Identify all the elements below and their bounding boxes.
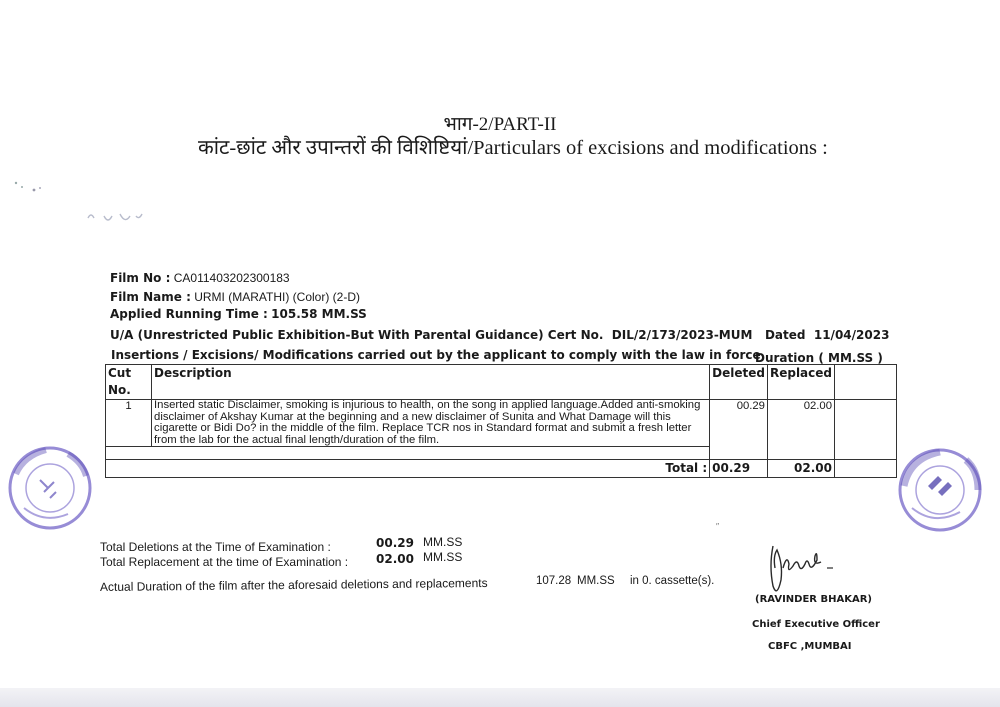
- scan-mark-icon: ′′: [716, 522, 719, 531]
- film-no-label: Film No :: [110, 271, 170, 285]
- total-replacement-value: 02.00: [376, 552, 414, 566]
- duration-heading: Duration ( MM.SS ): [755, 351, 883, 365]
- running-time-label: Applied Running Time :: [110, 307, 268, 321]
- blank-cell: [835, 400, 897, 460]
- scan-smudge-icon: [10, 178, 50, 196]
- modifications-heading: Insertions / Excisions/ Modifications ca…: [111, 348, 761, 362]
- certificate-label: U/A (Unrestricted Public Exhibition-But …: [110, 328, 603, 342]
- cassette-count: in 0. cassette(s).: [630, 575, 714, 587]
- film-name-label: Film Name :: [110, 290, 191, 304]
- total-replacement-label: Total Replacement at the time of Examina…: [100, 555, 348, 569]
- running-time-value: 105.58 MM.SS: [271, 307, 367, 321]
- dated-value: 11/04/2023: [814, 328, 890, 342]
- film-no-value: CA011403202300183: [174, 271, 290, 285]
- actual-duration-label: Actual Duration of the film after the af…: [100, 576, 488, 594]
- total-deletions-unit: MM.SS: [423, 535, 462, 549]
- actual-duration-value: 107.28: [536, 575, 571, 587]
- total-deletions-value: 00.29: [376, 536, 414, 550]
- column-header-replaced: Replaced: [767, 365, 834, 400]
- cut-number: 1: [106, 400, 152, 447]
- total-replacement-unit: MM.SS: [423, 550, 462, 564]
- cuts-table: Cut No. Description Deleted Replaced 1 I…: [105, 364, 897, 478]
- total-replaced: 02.00: [767, 460, 834, 478]
- column-header-cut-no: Cut No.: [106, 365, 152, 400]
- total-deleted: 00.29: [710, 460, 768, 478]
- table-row: 1 Inserted static Disclaimer, smoking is…: [106, 400, 897, 447]
- column-header-blank: [835, 365, 897, 400]
- total-label: Total :: [106, 460, 710, 478]
- film-name-value: URMI (MARATHI) (Color) (2-D): [194, 290, 360, 304]
- cut-deleted: 00.29: [710, 400, 768, 460]
- running-time-row: Applied Running Time : 105.58 MM.SS: [110, 307, 367, 321]
- total-row: Total : 00.29 02.00: [106, 460, 897, 478]
- column-header-deleted: Deleted: [710, 365, 768, 400]
- official-seal-icon: [6, 444, 94, 532]
- table-header-row: Cut No. Description Deleted Replaced: [106, 365, 897, 400]
- dated-label: Dated: [765, 328, 806, 342]
- cut-description: Inserted static Disclaimer, smoking is i…: [152, 400, 710, 447]
- cut-replaced: 02.00: [767, 400, 834, 460]
- total-deletions-label: Total Deletions at the Time of Examinati…: [100, 540, 331, 554]
- certificate-number: DIL/2/173/2023-MUM: [612, 328, 753, 342]
- scan-edge-shadow: [0, 688, 1000, 707]
- actual-duration-unit: MM.SS: [577, 575, 615, 587]
- signature-icon: [755, 538, 845, 598]
- blank-cell: [835, 460, 897, 478]
- signatory-title: Chief Executive Officer: [752, 619, 880, 630]
- official-seal-icon: [896, 446, 984, 534]
- signatory-name: (RAVINDER BHAKAR): [755, 594, 872, 605]
- certificate-row: U/A (Unrestricted Public Exhibition-But …: [110, 328, 889, 342]
- scan-smudge-icon: [80, 208, 160, 230]
- film-no-row: Film No : CA011403202300183: [110, 271, 290, 285]
- column-header-description: Description: [152, 365, 710, 400]
- section-title: कांट-छांट और उपान्तरों की विशिष्टियां/Pa…: [198, 133, 828, 161]
- signatory-office: CBFC ,MUMBAI: [768, 641, 852, 652]
- blank-cell: [106, 447, 710, 460]
- film-name-row: Film Name : URMI (MARATHI) (Color) (2-D): [110, 290, 360, 304]
